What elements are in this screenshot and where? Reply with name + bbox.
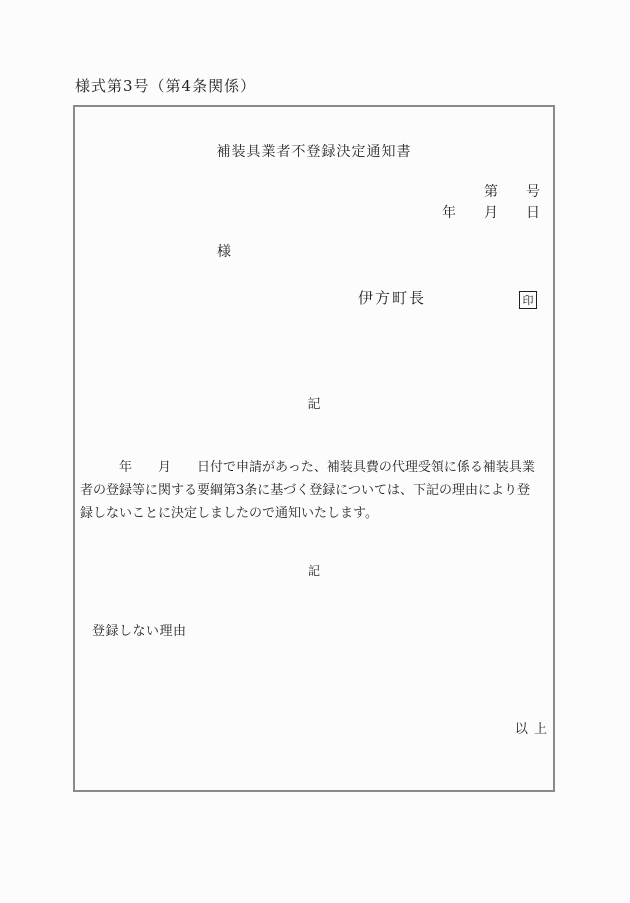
document-title: 補装具業者不登録決定通知書 (75, 145, 553, 159)
document-number-line: 第 号 (484, 185, 540, 199)
document-page: 様式第3号（第4条関係） 補装具業者不登録決定通知書 第 号 年 月 日 様 伊… (0, 0, 630, 903)
non-registration-reason-label: 登録しない理由 (92, 625, 187, 638)
body-paragraph: 年 月 日付で申請があった、補装具費の代理受領に係る補装具業 者の登録等に関する… (80, 456, 550, 525)
document-date-line: 年 月 日 (442, 206, 540, 220)
form-number-label: 様式第3号（第4条関係） (75, 79, 256, 94)
note-heading-bottom: 記 (75, 565, 553, 577)
document-border-box: 補装具業者不登録決定通知書 第 号 年 月 日 様 伊方町長 印 記 年 月 日… (73, 105, 555, 792)
addressee-honorific: 様 (217, 245, 231, 259)
issuer-name: 伊方町長 (358, 291, 426, 306)
body-line-2: 者の登録等に関する要綱第3条に基づく登録については、下記の理由により登 (80, 479, 550, 502)
note-heading-top: 記 (75, 398, 553, 411)
body-line-3: 録しないことに決定しましたので通知いたします。 (80, 502, 550, 525)
closing-ijo: 以 上 (515, 723, 548, 736)
seal-mark: 印 (519, 291, 537, 309)
body-line-1: 年 月 日付で申請があった、補装具費の代理受領に係る補装具業 (80, 456, 550, 479)
